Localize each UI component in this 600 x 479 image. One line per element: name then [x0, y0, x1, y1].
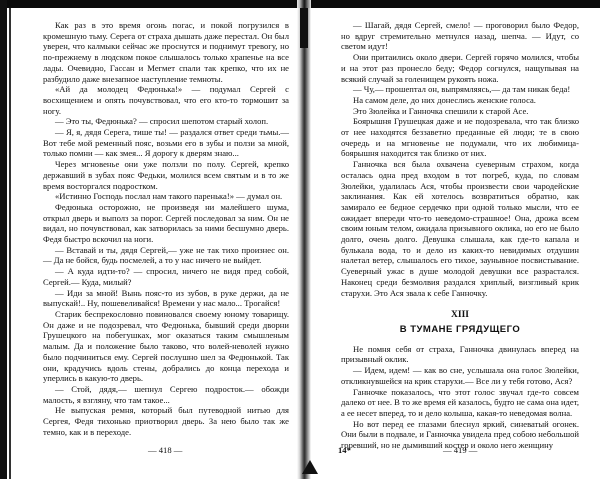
page-number-right: — 419 —	[443, 445, 477, 455]
paragraph: «Ай да молодец Федюнька!» — подумал Серг…	[43, 84, 289, 116]
paragraph: — Идем, идем! — как во сне, услышала она…	[341, 365, 579, 386]
paragraph: Ганночка вся была охвачена суеверным стр…	[341, 159, 579, 298]
paragraph: — Я, я, дядя Серега, тише ты! — раздался…	[43, 127, 289, 159]
paragraph: Не помня себя от страха, Ганночка двинул…	[341, 344, 579, 365]
scan-left-border	[0, 0, 7, 479]
paragraph: Как раз в это время огонь погас, и покой…	[43, 20, 289, 84]
paragraph: Через мгновенье они уже ползли по полу. …	[43, 159, 289, 191]
paragraph: Федюнька осторожно, не произведя ни мале…	[43, 202, 289, 245]
paragraph: — Шагай, дядя Сергей, смело! — проговори…	[341, 20, 579, 52]
paragraph: — Вставай и ты, дядя Сергей,— уже не так…	[43, 245, 289, 266]
scan-artifact-mark	[302, 460, 318, 474]
paragraph: — Это ты, Федюнька? — спросил шепотом ст…	[43, 116, 289, 127]
gutter-shadow	[300, 8, 308, 48]
right-page: — Шагай, дядя Сергей, смело! — проговори…	[341, 20, 579, 451]
paragraph: Это Зюлейка и Ганночка спешили к старой …	[341, 106, 579, 117]
paragraph: На самом деле, до них донеслись женские …	[341, 95, 579, 106]
chapter-title: В ТУМАНЕ ГРЯДУЩЕГО	[341, 325, 579, 336]
paragraph: Боярышня Грушецкая даже и не подозревала…	[341, 116, 579, 159]
paragraph: — А куда идти-то? — спросил, ничего не в…	[43, 266, 289, 287]
chapter-number: XIII	[341, 310, 579, 321]
paragraph: Ганночке показалось, что этот голос звуч…	[341, 387, 579, 419]
book-spine-gutter	[297, 0, 311, 479]
paragraph: «Истинно Господь послал нам такого парен…	[43, 191, 289, 202]
scan-left-edge-line	[9, 8, 11, 479]
paragraph: — Чу,— прошептал он, выпрямляясь,— да та…	[341, 84, 579, 95]
paragraph: Старик беспрекословно повиновался своему…	[43, 309, 289, 384]
page-number-left: — 418 —	[148, 445, 182, 455]
paragraph: — Иди за мной! Вынь пояс-то из зубов, в …	[43, 288, 289, 309]
paragraph: — Стой, дядя,— шепнул Сергею подросток.—…	[43, 384, 289, 405]
paragraph: Они притаились около двери. Сергей горяч…	[341, 52, 579, 84]
printer-signature-mark: 14*	[338, 445, 351, 455]
left-page: Как раз в это время огонь погас, и покой…	[43, 20, 289, 437]
paragraph: Не выпуская ремня, который был путеводно…	[43, 405, 289, 437]
